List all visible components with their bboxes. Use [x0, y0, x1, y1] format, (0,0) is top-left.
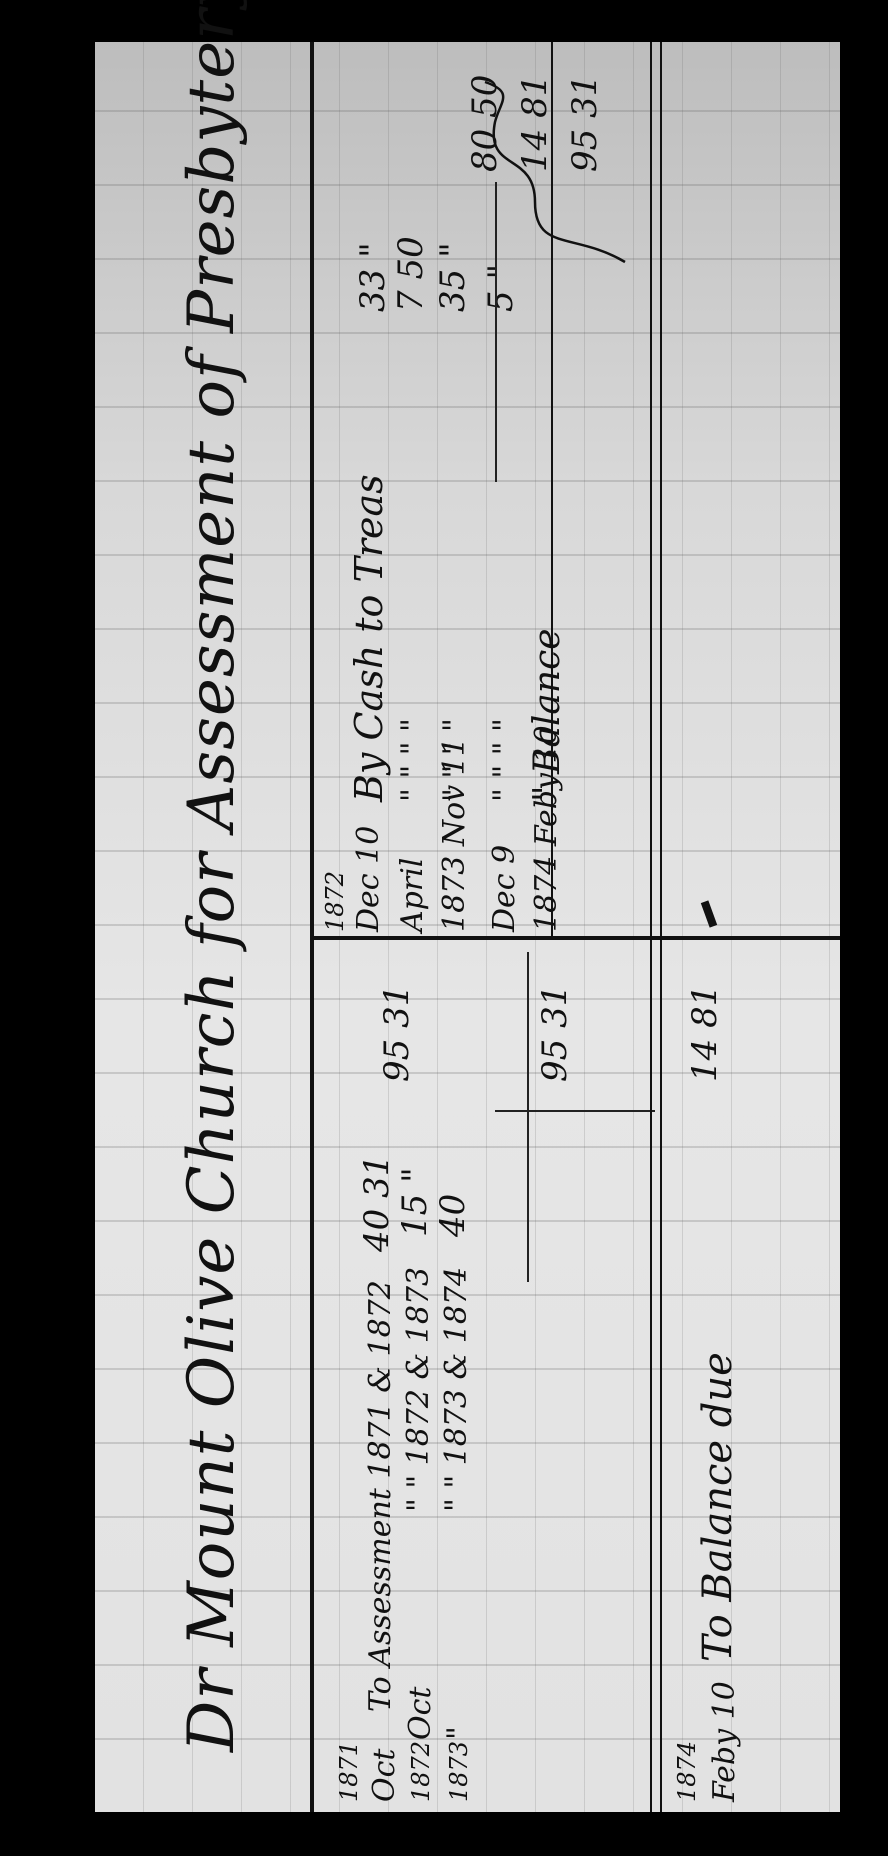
- debit-amount: 40: [433, 1194, 473, 1237]
- debit-amount: 15 ": [395, 1167, 435, 1237]
- debit-subtotal: 95 31: [377, 985, 417, 1082]
- debit-date: Oct: [403, 1687, 438, 1740]
- credit-date: Dec 9: [487, 845, 522, 932]
- credit-amount: 35 ": [433, 242, 473, 312]
- ledger-bottom-rule-2: [660, 42, 662, 1812]
- debit-amount: 40 31: [357, 1155, 397, 1252]
- ledger-bottom-rule-1: [650, 42, 652, 1812]
- header-rule: [310, 42, 314, 1812]
- credit-description: " " " ": [437, 718, 472, 802]
- debit-date: ": [441, 1726, 476, 1740]
- debit-description: " " 1873 & 1874: [439, 1267, 474, 1512]
- credit-amount: 7 50: [391, 236, 431, 312]
- credit-date: April: [395, 858, 430, 932]
- credit-description: " Balance: [527, 628, 568, 802]
- debit-year: 1872: [407, 1741, 435, 1802]
- debit-description: To Assessment 1871 & 1872: [363, 1280, 398, 1712]
- debit-date: Oct: [367, 1749, 402, 1802]
- debit-year: 1871: [335, 1741, 363, 1802]
- debit-credit-divider: [310, 936, 840, 940]
- balance-year: 1874: [673, 1741, 701, 1802]
- credit-description: By Cash to Treas: [347, 474, 391, 802]
- debit-year: 1873: [445, 1741, 473, 1802]
- ink-mark: [701, 900, 717, 927]
- balance-description: To Balance due: [695, 1352, 741, 1662]
- debit-total: 95 31: [535, 985, 575, 1082]
- credit-date: Dec 10: [351, 826, 386, 932]
- pen-flourish: [475, 72, 655, 272]
- credit-description: " " " ": [487, 718, 522, 802]
- balance-amount: 14 81: [685, 985, 725, 1082]
- debit-amount-column-line: [495, 1110, 655, 1112]
- ledger-canvas: Dr Mount Olive Church for Assessment of …: [95, 42, 840, 1812]
- credit-description: " " " ": [395, 718, 430, 802]
- account-title: Dr Mount Olive Church for Assessment of …: [175, 0, 249, 1752]
- credit-year-header: 1872: [321, 871, 349, 932]
- balance-date: Feby 10: [707, 1681, 742, 1802]
- credit-amount: 33 ": [353, 242, 393, 312]
- debit-description: " " 1872 & 1873: [401, 1267, 436, 1512]
- debit-sum-line: [527, 952, 529, 1282]
